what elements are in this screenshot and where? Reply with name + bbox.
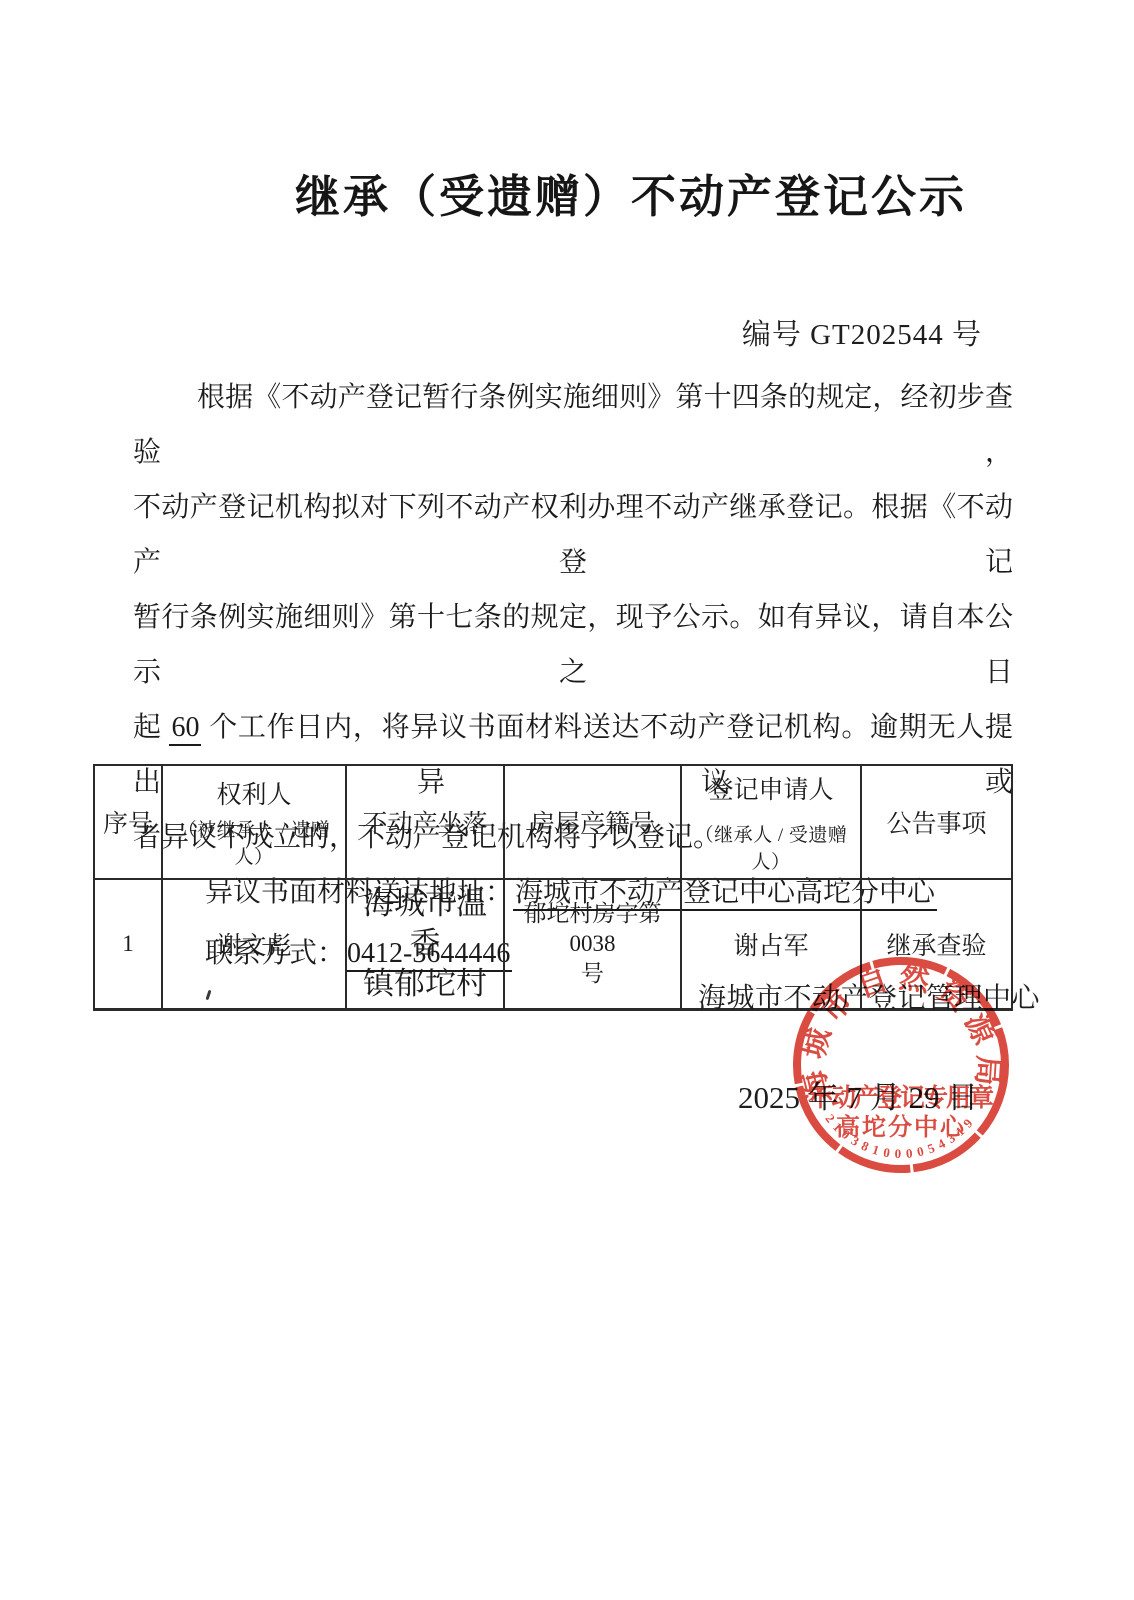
cell-owner: 谢文彪 [162, 879, 346, 1010]
cell-seq: 1 [94, 879, 162, 1010]
body-line-1: 根据《不动产登记暂行条例实施细则》第十四条的规定，经初步查验， [133, 370, 1013, 480]
header-matter: 公告事项 [861, 765, 1012, 879]
doc-title: 继承（受遗赠）不动产登记公示 [0, 160, 1134, 225]
table-header-row: 序号 权利人（被继承人 / 遗赠人） 不动产坐落 房屋产籍号 登记申请人（继承人… [94, 765, 1012, 879]
body-line-4-pre: 起 [133, 712, 169, 743]
header-seq: 序号 [94, 765, 162, 879]
cell-house-no: 郁坨村房字第 0038 号 [504, 879, 681, 1010]
header-location: 不动产坐落 [346, 765, 504, 879]
stamp-title: 不动产登记专用章 [808, 1083, 994, 1112]
document-page: 继承（受遗赠）不动产登记公示 编号 GT202544 号 根据《不动产登记暂行条… [0, 0, 1134, 1600]
body-line-3: 暂行条例实施细则》第十七条的规定，现予公示。如有异议，请自本公示之日 [133, 590, 1013, 700]
header-house-no: 房屋产籍号 [504, 765, 681, 879]
official-stamp: 海城市自然资源局 不动产登记专用章 高坨分中心 210381000054319 [787, 951, 1015, 1179]
body-line-2: 不动产登记机构拟对下列不动产权利办理不动产继承登记。根据《不动产登记 [133, 480, 1013, 590]
header-owner: 权利人（被继承人 / 遗赠人） [162, 765, 346, 879]
stamp-arc-text: 海城市自然资源局 [797, 961, 1004, 1104]
ink-mark [206, 990, 212, 1000]
objection-days-underlined: 60 [169, 712, 201, 746]
doc-number: 编号 GT202544 号 [742, 312, 982, 353]
header-applicant: 登记申请人（继承人 / 受遗赠人） [681, 765, 861, 879]
cell-location: 海城市温香 镇郁坨村 [346, 879, 504, 1010]
